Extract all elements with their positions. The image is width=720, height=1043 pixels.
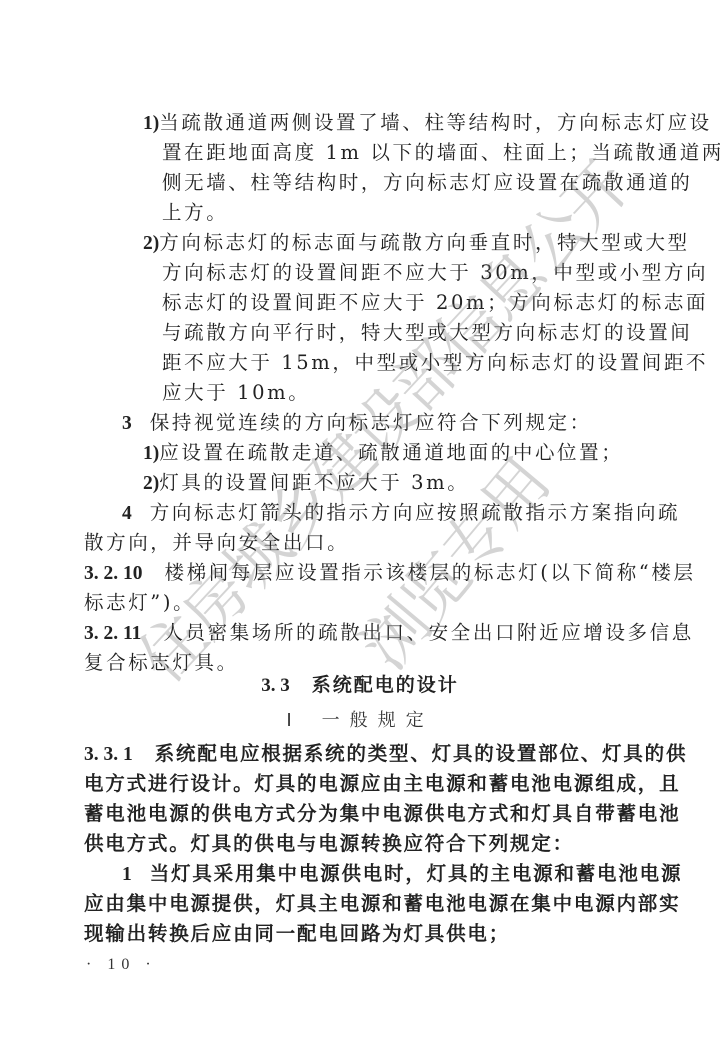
list-item-1-line-1: 1)当疏散通道两侧设置了墙、柱等结构时，方向标志灯应设 xyxy=(143,111,712,136)
clause-number: 3. 2. 11 xyxy=(84,623,141,644)
clause-3-3-1-item-1-line-3: 现输出转换后应由同一配电回路为灯具供电； xyxy=(84,922,510,946)
section-heading: 3. 3系统配电的设计 xyxy=(0,673,720,698)
clause-3-3-1-line-4: 供电方式。灯具的供电与电源转换应符合下列规定： xyxy=(84,832,574,856)
clause-3-3-1-line-3: 蓄电池电源的供电方式分为集中电源供电方式和灯具自带蓄电池 xyxy=(84,802,680,826)
clause-3-3-1-line-1: 3. 3. 1系统配电应根据系统的类型、灯具的设置部位、灯具的供 xyxy=(84,742,687,767)
clause-text: 系统配电应根据系统的类型、灯具的设置部位、灯具的供 xyxy=(155,742,688,765)
list-item-1-line-3: 侧无墙、柱等结构时，方向标志灯应设置在疏散通道的 xyxy=(162,171,692,195)
list-item-1-line-2: 置在距地面高度 1m 以下的墙面、柱面上；当疏散通道两 xyxy=(162,141,720,165)
clause-3-2-10-line-1: 3. 2. 10楼梯间每层应设置指示该楼层的标志灯(以下简称“楼层 xyxy=(84,561,696,586)
subsection-number: Ⅰ xyxy=(286,710,291,730)
item-text: 当灯具采用集中电源供电时，灯具的主电源和蓄电池电源 xyxy=(150,862,683,885)
clause-text: 人员密集场所的疏散出口、安全出口附近应增设多信息 xyxy=(163,621,693,644)
list-item-1-line-4: 上方。 xyxy=(162,201,228,225)
subsection-heading: Ⅰ一般规定 xyxy=(0,708,720,733)
section-title: 系统配电的设计 xyxy=(312,674,459,696)
list-item-2-line-1: 2)方向标志灯的标志面与疏散方向垂直时，特大型或大型 xyxy=(143,231,690,256)
document-page: 1)当疏散通道两侧设置了墙、柱等结构时，方向标志灯应设 置在距地面高度 1m 以… xyxy=(0,0,720,1043)
section-number: 3. 3 xyxy=(261,675,290,696)
item-text: 方向标志灯箭头的指示方向应按照疏散指示方案指向疏 xyxy=(150,501,680,524)
item-label: 3 xyxy=(122,413,132,434)
item-label: 1) xyxy=(143,443,159,464)
item-text: 灯具的设置间距不应大于 3m。 xyxy=(159,471,469,494)
list-item-2-line-5: 距不应大于 15m，中型或小型方向标志灯的设置间距不 xyxy=(162,351,708,375)
item-3-sub-1: 1)应设置在疏散走道、疏散通道地面的中心位置； xyxy=(143,441,623,466)
item-4-line-2: 散方向，并导向安全出口。 xyxy=(84,531,349,555)
clause-3-2-10-line-2: 标志灯”)。 xyxy=(84,591,195,615)
item-text: 保持视觉连续的方向标志灯应符合下列规定： xyxy=(150,411,592,434)
clause-3-3-1-item-1-line-1: 1当灯具采用集中电源供电时，灯具的主电源和蓄电池电源 xyxy=(122,862,682,887)
clause-number: 3. 3. 1 xyxy=(84,744,133,765)
item-label: 2) xyxy=(143,473,159,494)
list-item-2-line-3: 标志灯的设置间距不应大于 20m；方向标志灯的标志面 xyxy=(162,291,708,315)
item-label: 1 xyxy=(122,864,132,885)
item-text: 方向标志灯的标志面与疏散方向垂直时，特大型或大型 xyxy=(159,231,689,254)
clause-3-3-1-item-1-line-2: 应由集中电源提供，灯具主电源和蓄电池电源在集中电源内部实 xyxy=(84,892,680,916)
item-text: 当疏散通道两侧设置了墙、柱等结构时，方向标志灯应设 xyxy=(159,111,712,134)
list-item-2-line-4: 与疏散方向平行时，特大型或大型方向标志灯的设置间 xyxy=(162,321,692,345)
list-item-2-line-6: 应大于 10m。 xyxy=(162,381,310,405)
clause-3-2-11-line-2: 复合标志灯具。 xyxy=(84,651,239,675)
subsection-title: 一般规定 xyxy=(322,710,434,731)
list-item-2-line-2: 方向标志灯的设置间距不应大于 30m，中型或小型方向 xyxy=(162,261,708,285)
clause-number: 3. 2. 10 xyxy=(84,563,143,584)
clause-3-3-1-line-2: 电方式进行设计。灯具的电源应由主电源和蓄电池电源组成，且 xyxy=(84,772,680,796)
item-label: 1) xyxy=(143,113,159,134)
clause-3-2-11-line-1: 3. 2. 11人员密集场所的疏散出口、安全出口附近应增设多信息 xyxy=(84,621,694,646)
item-text: 应设置在疏散走道、疏散通道地面的中心位置； xyxy=(159,441,623,464)
page-number: · 10 · xyxy=(86,955,157,975)
clause-text: 楼梯间每层应设置指示该楼层的标志灯(以下简称“楼层 xyxy=(165,561,696,584)
item-4-line-1: 4方向标志灯箭头的指示方向应按照疏散指示方案指向疏 xyxy=(122,501,680,526)
item-3-sub-2: 2)灯具的设置间距不应大于 3m。 xyxy=(143,471,469,496)
item-3-line-1: 3保持视觉连续的方向标志灯应符合下列规定： xyxy=(122,411,592,436)
item-label: 2) xyxy=(143,233,159,254)
item-label: 4 xyxy=(122,503,132,524)
